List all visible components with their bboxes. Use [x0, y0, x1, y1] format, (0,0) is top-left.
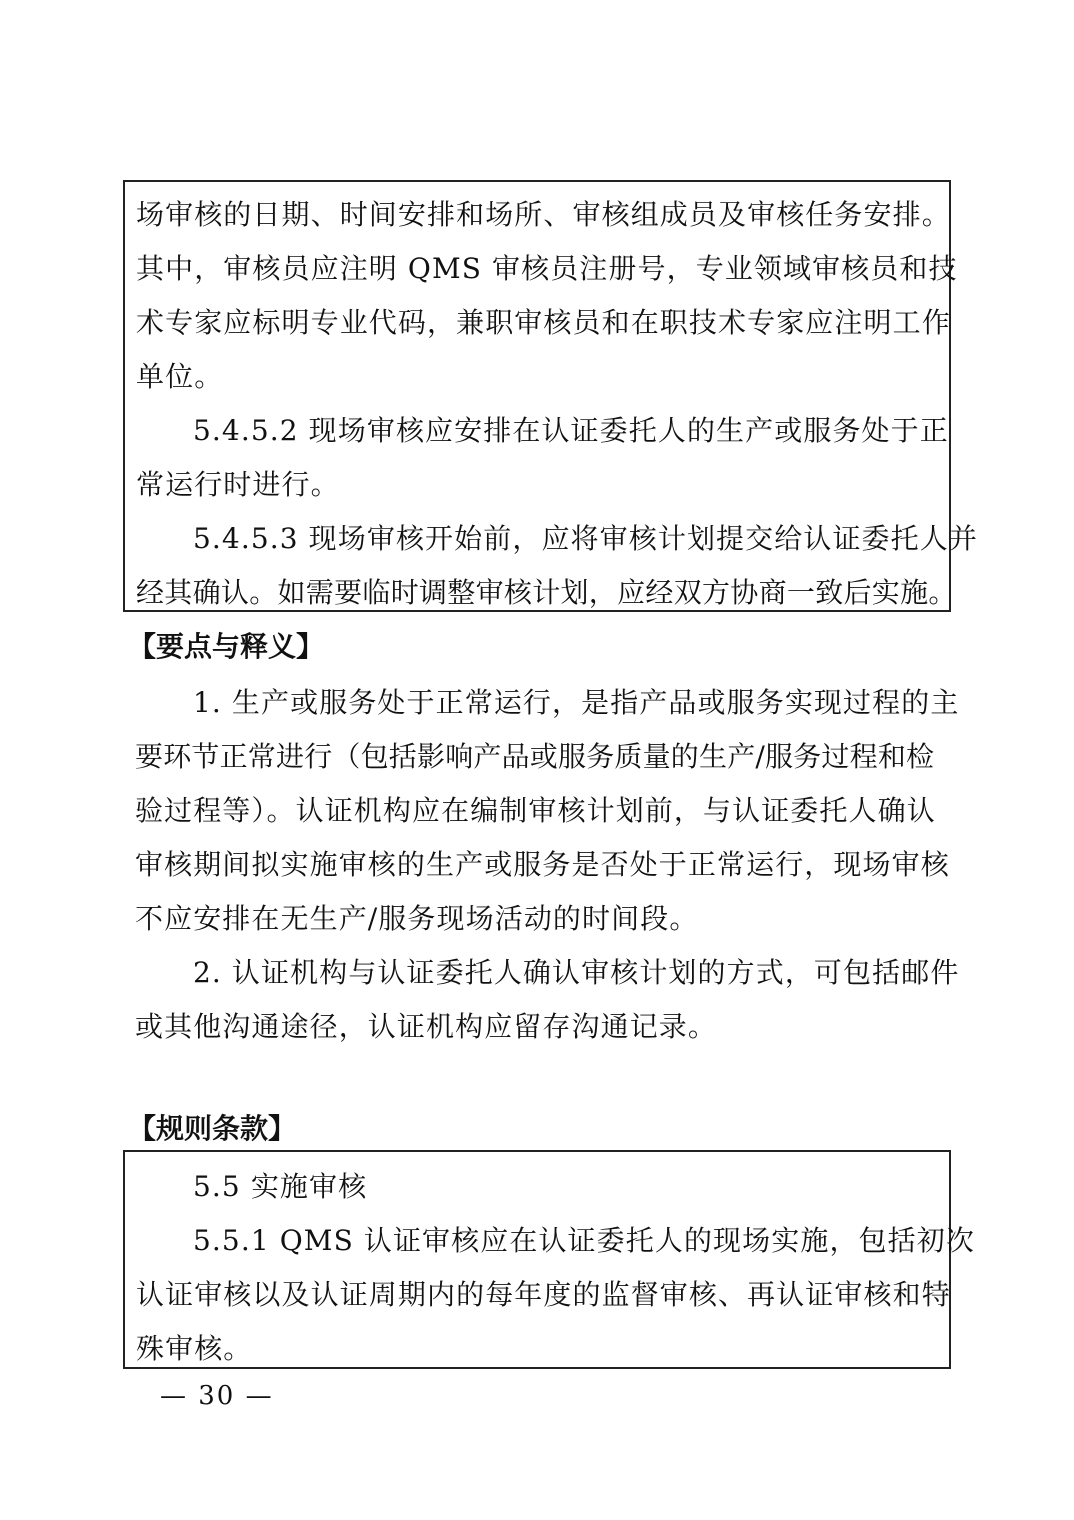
- key-point-1: 1. 生产或服务处于正常运行，是指产品或服务实现过程的主: [193, 686, 959, 720]
- rule-line: 单位。: [136, 360, 223, 394]
- rule-clauses-heading: 【规则条款】: [128, 1112, 296, 1146]
- body-line: 不应安排在无生产/服务现场活动的时间段。: [135, 902, 698, 936]
- body-line: 审核期间拟实施审核的生产或服务是否处于正常运行，现场审核: [135, 848, 950, 882]
- key-points-heading: 【要点与释义】: [128, 630, 324, 664]
- rule-line: 常运行时进行。: [136, 468, 340, 502]
- rule-line: 认证审核以及认证周期内的每年度的监督审核、再认证审核和特: [136, 1278, 951, 1312]
- page-number: — 30 —: [160, 1380, 274, 1412]
- rule-box-top: 场审核的日期、时间安排和场所、审核组成员及审核任务安排。 其中，审核员应注明 Q…: [123, 180, 951, 612]
- clause-5-5-1: 5.5.1 QMS 认证审核应在认证委托人的现场实施，包括初次: [193, 1224, 975, 1258]
- key-point-2: 2. 认证机构与认证委托人确认审核计划的方式，可包括邮件: [193, 956, 959, 990]
- rule-line: 殊审核。: [136, 1332, 252, 1366]
- body-line: 要环节正常进行（包括影响产品或服务质量的生产/服务过程和检: [135, 740, 934, 774]
- rule-line: 其中，审核员应注明 QMS 审核员注册号，专业领域审核员和技: [136, 252, 958, 286]
- clause-5-4-5-2: 5.4.5.2 现场审核应安排在认证委托人的生产或服务处于正: [193, 414, 949, 448]
- rule-box-bottom: 5.5 实施审核 5.5.1 QMS 认证审核应在认证委托人的现场实施，包括初次…: [123, 1150, 951, 1369]
- section-5-5-title: 5.5 实施审核: [193, 1170, 367, 1204]
- rule-line: 术专家应标明专业代码，兼职审核员和在职技术专家应注明工作: [136, 306, 951, 340]
- body-line: 验过程等）。认证机构应在编制审核计划前，与认证委托人确认: [135, 794, 936, 828]
- rule-line: 场审核的日期、时间安排和场所、审核组成员及审核任务安排。: [136, 198, 951, 232]
- clause-5-4-5-3: 5.4.5.3 现场审核开始前，应将审核计划提交给认证委托人并: [193, 522, 978, 556]
- document-page: 场审核的日期、时间安排和场所、审核组成员及审核任务安排。 其中，审核员应注明 Q…: [0, 0, 1074, 1520]
- body-line: 或其他沟通途径，认证机构应留存沟通记录。: [135, 1010, 717, 1044]
- rule-line: 经其确认。如需要临时调整审核计划，应经双方协商一致后实施。: [136, 576, 957, 610]
